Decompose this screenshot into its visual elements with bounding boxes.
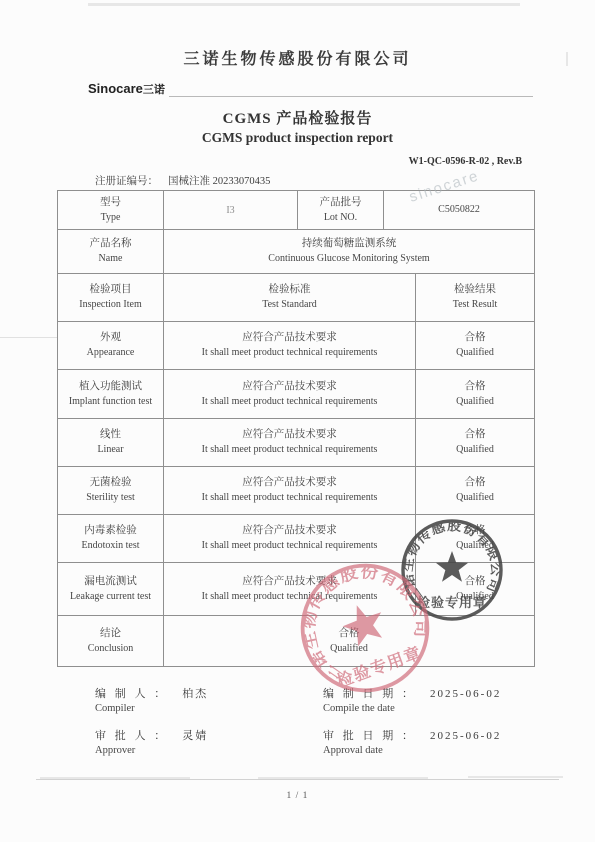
company-name: 三诺生物传感股份有限公司 — [0, 46, 595, 69]
conclusion-row: 结论 Conclusion 合格 Qualified — [58, 615, 534, 666]
compiler-label-en: Compiler — [95, 703, 323, 714]
result-cn: 合格 — [465, 574, 486, 590]
compile-date-value: 2025-06-02 — [430, 688, 501, 700]
lot-value-cell: C5050822 — [384, 191, 534, 229]
sinocare-logo: Sinocare三诺 — [88, 81, 165, 97]
standard-cn: 应符合产品技术要求 — [242, 523, 337, 539]
table-row: 外观 Appearance 应符合产品技术要求 It shall meet pr… — [58, 321, 534, 369]
page-number: 1 / 1 — [0, 791, 595, 801]
result-cn: 合格 — [465, 427, 486, 443]
lot-label-cn: 产品批号 — [320, 195, 362, 211]
table-row-name: 产品名称 Name 持续葡萄糖监测系统 Continuous Glucose M… — [58, 229, 534, 273]
result-en: Qualified — [456, 590, 494, 605]
standard-cn: 应符合产品技术要求 — [242, 330, 337, 346]
item-cn: 无菌检验 — [90, 475, 132, 491]
logo-brand: Sinocare — [88, 81, 143, 96]
compiler-label-cn: 编 制 人 ： — [95, 688, 168, 700]
result-en: Qualified — [456, 491, 494, 506]
logo-row: Sinocare三诺 — [88, 81, 533, 97]
item-en: Endotoxin test — [81, 539, 139, 554]
item-cn: 外观 — [100, 330, 121, 346]
item-en: Implant function test — [69, 395, 152, 410]
registration-value: 国械注准 20233070435 — [168, 176, 270, 187]
type-label-cn: 型号 — [100, 195, 121, 211]
standard-en: It shall meet product technical requirem… — [202, 443, 378, 458]
type-value: I3 — [226, 205, 234, 216]
signature-block: 编 制 人 ：柏杰 Compiler 编 制 日 期 ：2025-06-02 C… — [95, 685, 535, 756]
approver-name: 灵婧 — [182, 730, 208, 742]
type-label-cell: 型号 Type — [58, 191, 164, 229]
item-en: Leakage current test — [70, 590, 151, 605]
table-row: 无菌检验 Sterility test 应符合产品技术要求 It shall m… — [58, 466, 534, 514]
report-title-en: CGMS product inspection report — [0, 130, 595, 146]
standard-en: It shall meet product technical requirem… — [202, 539, 378, 554]
report-title-cn: CGMS 产品检验报告 — [0, 107, 595, 128]
item-cn: 植入功能测试 — [79, 379, 142, 395]
name-label-cn: 产品名称 — [90, 236, 132, 252]
item-en: Appearance — [87, 346, 135, 361]
result-cn: 合格 — [465, 379, 486, 395]
table-row: 线性 Linear 应符合产品技术要求 It shall meet produc… — [58, 418, 534, 466]
conclusion-label-cell: 结论 Conclusion — [58, 616, 164, 666]
table-row: 漏电流测试 Leakage current test 应符合产品技术要求 It … — [58, 562, 534, 615]
result-cn: 合格 — [465, 523, 486, 539]
approver-entry: 审 批 人 ：灵婧 Approver — [95, 727, 323, 756]
type-label-en: Type — [101, 211, 121, 226]
document-number: W1-QC-0596-R-02 , Rev.B — [0, 156, 595, 167]
table-header-row: 检验项目 Inspection Item 检验标准 Test Standard … — [58, 273, 534, 321]
conclusion-label-en: Conclusion — [88, 642, 134, 657]
header-result-cn: 检验结果 — [454, 282, 496, 298]
header-rule — [169, 85, 533, 97]
standard-en: It shall meet product technical requirem… — [202, 590, 378, 605]
name-value-cell: 持续葡萄糖监测系统 Continuous Glucose Monitoring … — [164, 230, 534, 273]
table-row: 植入功能测试 Implant function test 应符合产品技术要求 I… — [58, 369, 534, 418]
approver-label-en: Approver — [95, 745, 323, 756]
footer-rule — [36, 779, 559, 780]
result-en: Qualified — [456, 539, 494, 554]
item-en: Linear — [97, 443, 123, 458]
header-result-en: Test Result — [453, 298, 498, 313]
registration-line: 注册证编号：国械注准 20233070435 — [95, 173, 595, 188]
header-standard-cell: 检验标准 Test Standard — [164, 274, 416, 321]
name-value-en: Continuous Glucose Monitoring System — [268, 252, 429, 267]
item-cn: 漏电流测试 — [84, 574, 137, 590]
result-en: Qualified — [456, 443, 494, 458]
standard-cn: 应符合产品技术要求 — [242, 427, 337, 443]
logo-brand-cn: 三诺 — [143, 84, 165, 96]
result-cn: 合格 — [465, 475, 486, 491]
scan-smudge — [88, 3, 520, 6]
item-cn: 内毒素检验 — [84, 523, 137, 539]
approver-label-cn: 审 批 人 ： — [95, 730, 168, 742]
standard-en: It shall meet product technical requirem… — [202, 395, 378, 410]
report-page: 三诺生物传感股份有限公司 Sinocare三诺 CGMS 产品检验报告 CGMS… — [0, 0, 595, 842]
compile-date-entry: 编 制 日 期 ：2025-06-02 Compile the date — [323, 685, 535, 714]
conclusion-value-cell: 合格 Qualified — [164, 616, 534, 666]
conclusion-value-en: Qualified — [330, 642, 368, 657]
scan-smudge — [468, 776, 563, 778]
approval-date-value: 2025-06-02 — [430, 730, 501, 742]
header-standard-cn: 检验标准 — [269, 282, 311, 298]
item-en: Sterility test — [86, 491, 135, 506]
result-cn: 合格 — [465, 330, 486, 346]
standard-cn: 应符合产品技术要求 — [242, 574, 337, 590]
registration-label: 注册证编号： — [95, 176, 158, 187]
compile-date-label-cn: 编 制 日 期 ： — [323, 688, 416, 700]
standard-cn: 应符合产品技术要求 — [242, 475, 337, 491]
item-cn: 线性 — [100, 427, 121, 443]
header-item-cell: 检验项目 Inspection Item — [58, 274, 164, 321]
result-en: Qualified — [456, 395, 494, 410]
standard-cn: 应符合产品技术要求 — [242, 379, 337, 395]
table-row: 内毒素检验 Endotoxin test 应符合产品技术要求 It shall … — [58, 514, 534, 562]
compiler-entry: 编 制 人 ：柏杰 Compiler — [95, 685, 323, 714]
name-label-en: Name — [99, 252, 123, 267]
type-value-cell: I3 — [164, 191, 298, 229]
standard-en: It shall meet product technical requirem… — [202, 491, 378, 506]
inspection-table: 型号 Type I3 产品批号 Lot NO. C5050822 产品名称 Na… — [57, 190, 535, 667]
approval-date-entry: 审 批 日 期 ：2025-06-02 Approval date — [323, 727, 535, 756]
table-row-type: 型号 Type I3 产品批号 Lot NO. C5050822 — [58, 191, 534, 229]
conclusion-label-cn: 结论 — [100, 626, 121, 642]
standard-en: It shall meet product technical requirem… — [202, 346, 378, 361]
lot-label-cell: 产品批号 Lot NO. — [298, 191, 384, 229]
compile-date-label-en: Compile the date — [323, 703, 535, 714]
approval-date-label-cn: 审 批 日 期 ： — [323, 730, 416, 742]
header-result-cell: 检验结果 Test Result — [416, 274, 534, 321]
lot-value: C5050822 — [438, 203, 480, 218]
result-en: Qualified — [456, 346, 494, 361]
header-standard-en: Test Standard — [262, 298, 317, 313]
header-item-en: Inspection Item — [79, 298, 141, 313]
name-value-cn: 持续葡萄糖监测系统 — [302, 236, 397, 252]
approval-date-label-en: Approval date — [323, 745, 535, 756]
header-item-cn: 检验项目 — [90, 282, 132, 298]
lot-label-en: Lot NO. — [324, 211, 357, 226]
conclusion-value-cn: 合格 — [339, 626, 360, 642]
scan-smudge — [0, 337, 57, 338]
name-label-cell: 产品名称 Name — [58, 230, 164, 273]
compiler-name: 柏杰 — [182, 688, 208, 700]
